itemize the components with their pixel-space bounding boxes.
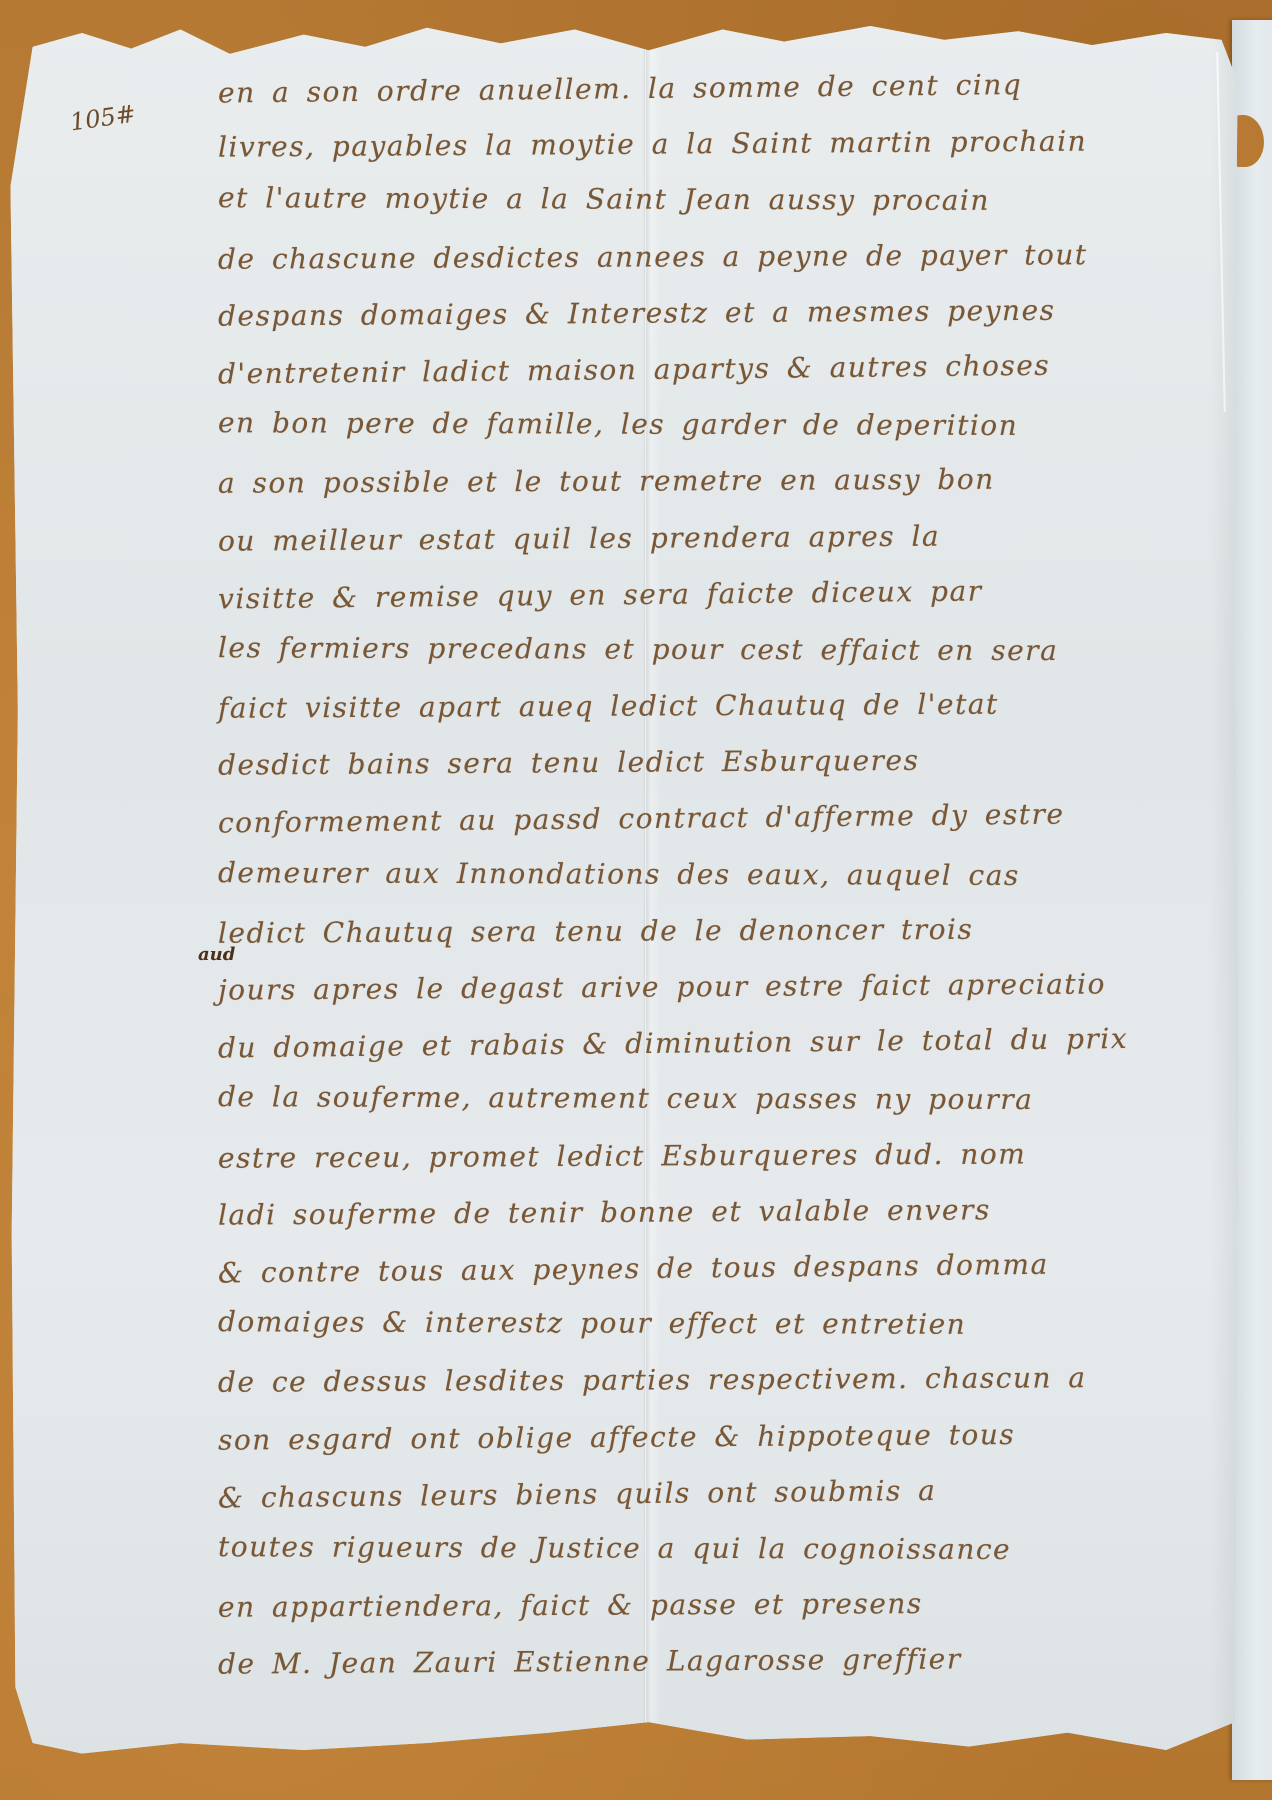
manuscript-page: 105# aud en a son ordre anuellem. la som… [8,12,1240,1757]
text-line: et l'autre moytie a la Saint Jean aussy … [218,171,1258,231]
text-line: faict visitte apart aueq ledict Chautuq … [218,675,1258,737]
text-line: en appartiendera, faict & passe et prese… [218,1574,1258,1636]
text-line: du domaige et rabais & diminution sur le… [218,1010,1259,1077]
text-line: de la souferme, autrement ceux passes ny… [218,1070,1258,1130]
margin-amount-note: 105# [68,100,137,137]
text-line: d'entretenir ladict maison apartys & aut… [218,335,1259,402]
text-line: ladi souferme de tenir bonne et valable … [218,1180,1258,1243]
text-line: & chascuns leurs biens quils ont soubmis… [218,1459,1259,1526]
text-line: de ce dessus lesdites parties respective… [218,1350,1258,1412]
text-line: domaiges & interestz pour effect et entr… [218,1294,1258,1354]
handwritten-text-block: en a son ordre anuellem. la somme de cen… [218,60,1258,1689]
text-line: & contre tous aux peynes de tous despans… [218,1234,1259,1301]
text-line: ou meilleur estat quil les prendera apre… [218,506,1258,569]
text-line: despans domaiges & Interestz et a mesmes… [218,281,1258,344]
text-line: en a son ordre anuellem. la somme de cen… [218,55,1259,122]
text-line: de chascune desdictes annees a peyne de … [218,226,1258,288]
text-line: desdict bains sera tenu ledict Esburquer… [218,731,1258,794]
text-line: estre receu, promet ledict Esburqueres d… [218,1125,1258,1187]
text-line: les fermiers precedans et pour cest effa… [218,620,1258,680]
text-line: ledict Chautuq sera tenu de le denoncer … [218,900,1258,962]
underlying-page-edge [1232,20,1272,1780]
text-line: visitte & remise quy en sera faicte dice… [218,560,1259,627]
text-line: en bon pere de famille, les garder de de… [218,395,1258,455]
text-line: livres, payables la moytie a la Saint ma… [218,113,1258,176]
text-line: toutes rigueurs de Justice a qui la cogn… [218,1519,1258,1579]
text-line: conformement au passd contract d'afferme… [218,785,1259,852]
text-line: demeurer aux Innondations des eaux, auqu… [218,845,1258,905]
text-line: son esgard ont oblige affecte & hippoteq… [218,1405,1258,1468]
text-line: jours apres le degast arive pour estre f… [218,955,1258,1018]
text-line: de M. Jean Zauri Estienne Lagarosse gref… [218,1630,1258,1693]
text-line: a son possible et le tout remetre en aus… [218,451,1258,513]
